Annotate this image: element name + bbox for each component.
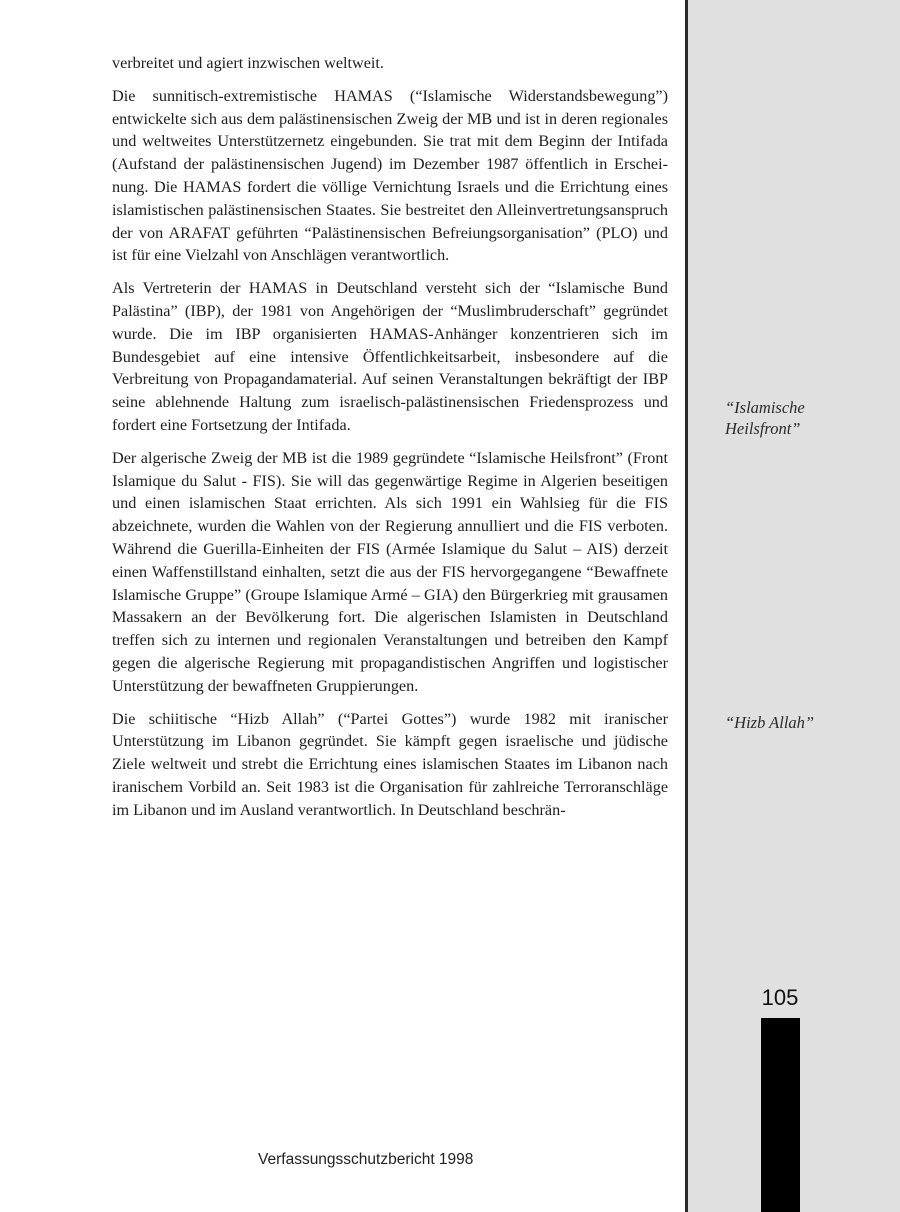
paragraph-fis: Der algerische Zweig der MB ist die 1989… (112, 447, 668, 698)
main-text-column: verbreitet und agiert inzwischen weltwei… (112, 52, 668, 832)
page-number: 105 (758, 985, 802, 1011)
paragraph-hizb-allah: Die schiitische “Hizb Allah” (“Partei Go… (112, 708, 668, 822)
page-thumb-index-bar (761, 1018, 800, 1212)
margin-note-line: “Hizb Allah” (725, 712, 814, 733)
margin-note-line: “Islamische (725, 397, 805, 418)
margin-note-line: Heilsfront” (725, 418, 805, 439)
paragraph-hamas: Die sunnitisch-extremistische HAMAS (“Is… (112, 85, 668, 267)
paragraph-ibp: Als Vertreterin der HAMAS in Deutschland… (112, 277, 668, 437)
margin-note-hizb-allah: “Hizb Allah” (725, 712, 814, 733)
page-footer: Verfassungsschutzbericht 1998 (258, 1151, 473, 1169)
margin-sidebar: “Islamische Heilsfront” “Hizb Allah” 105 (685, 0, 900, 1212)
margin-note-islamische-heilsfront: “Islamische Heilsfront” (725, 397, 805, 439)
paragraph-continuation: verbreitet und agiert inzwischen weltwei… (112, 52, 668, 75)
